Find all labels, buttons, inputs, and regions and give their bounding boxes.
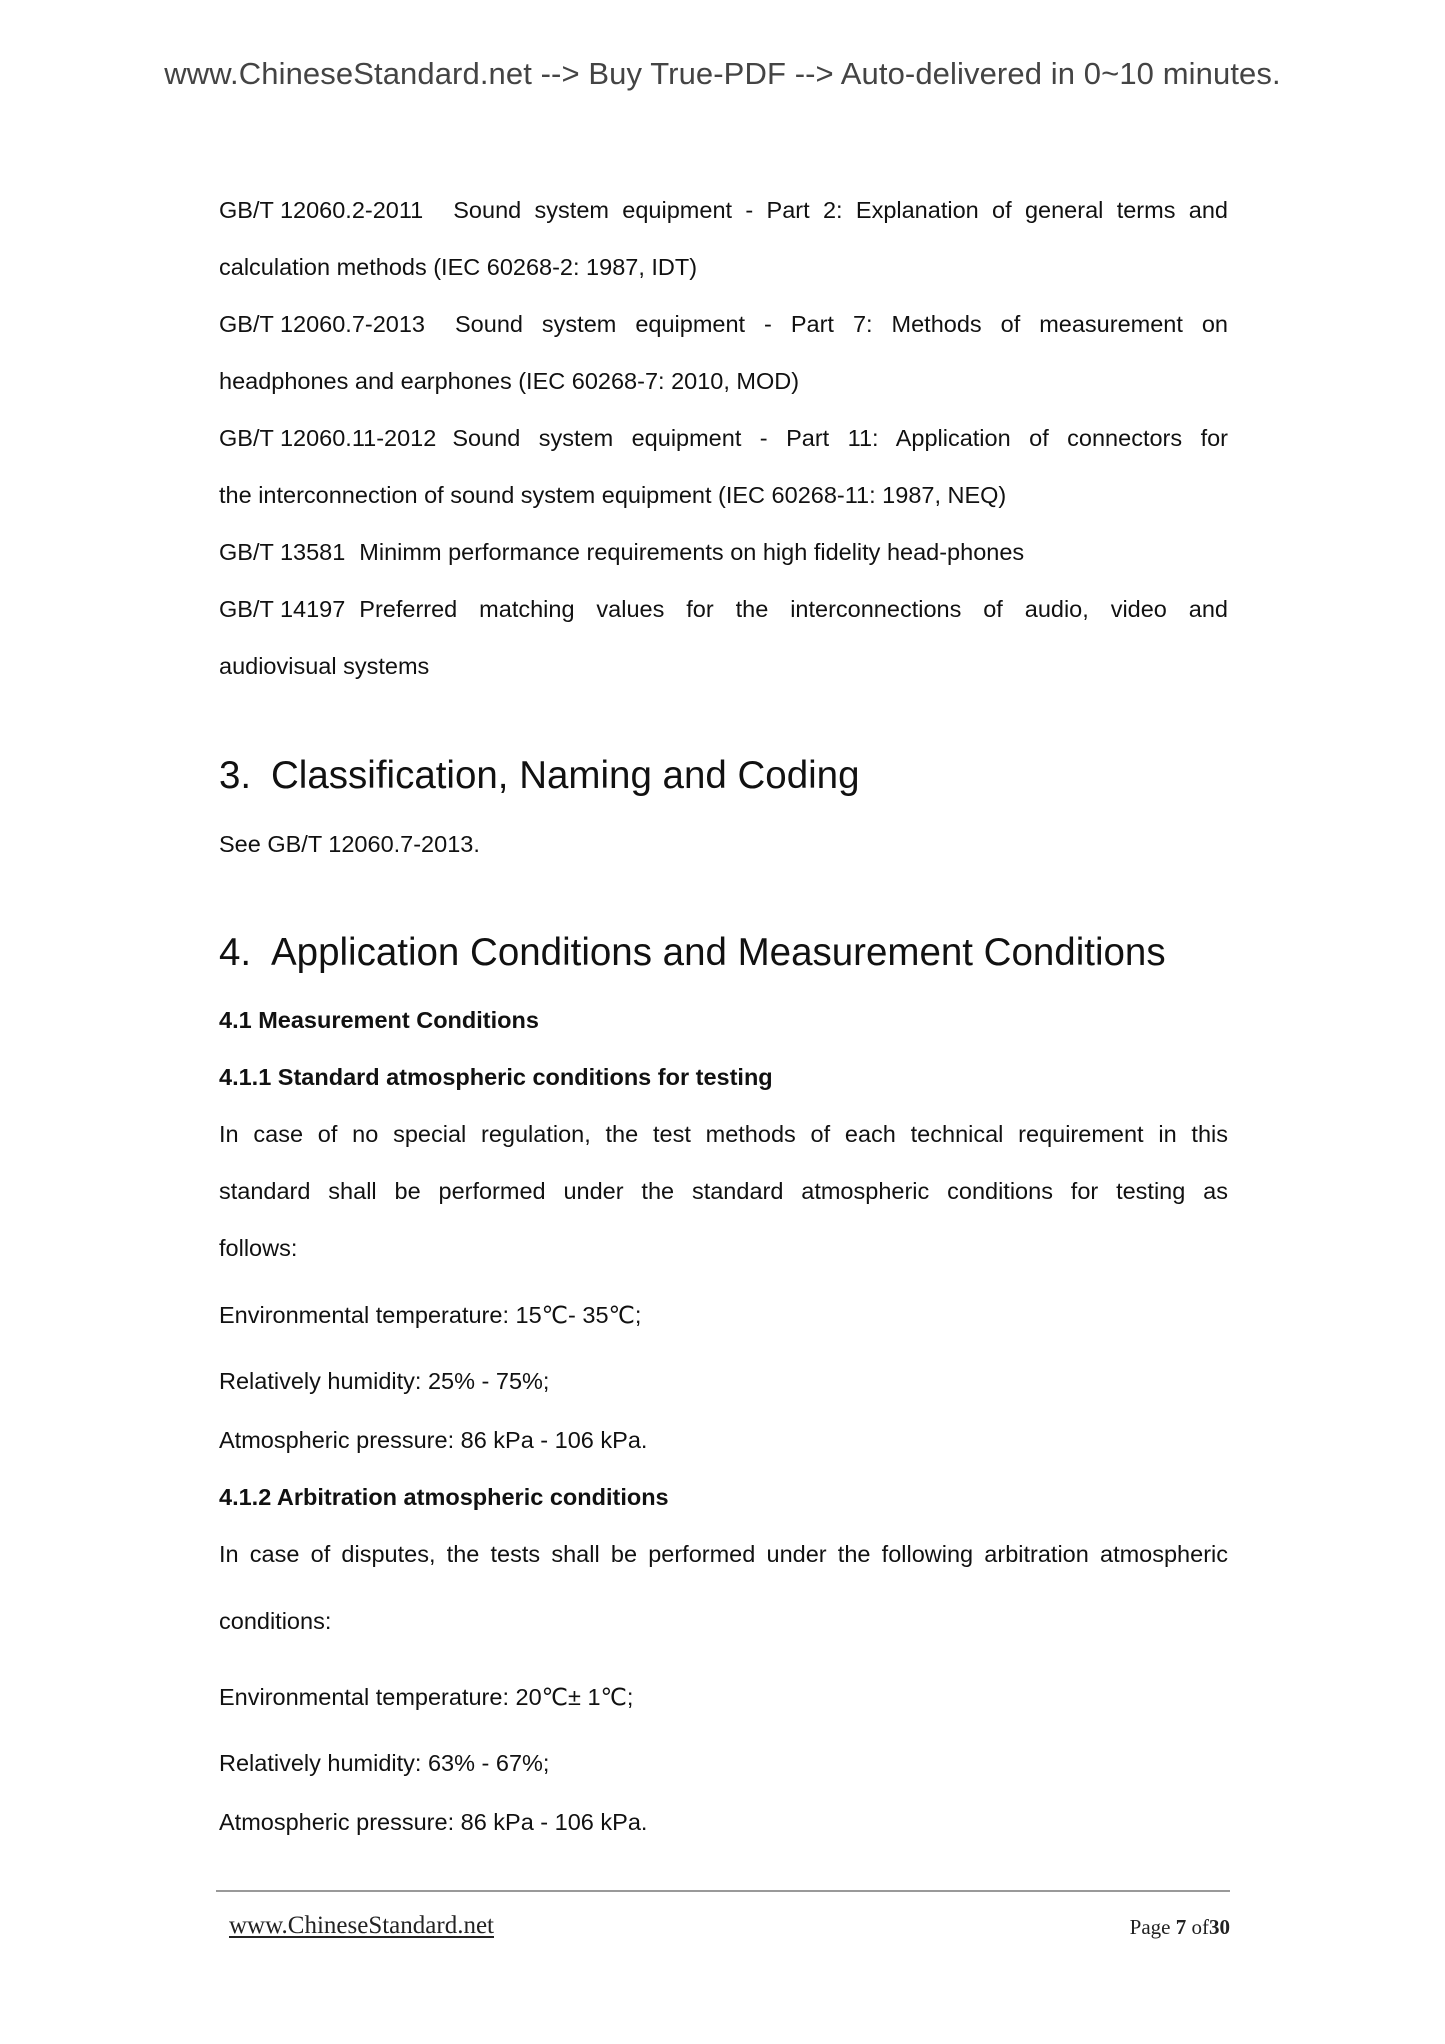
page-current: 7 (1176, 1915, 1187, 1939)
section-number: 3. (219, 754, 271, 798)
page-total: 30 (1209, 1915, 1230, 1939)
section-title: Classification, Naming and Coding (271, 754, 860, 797)
paragraph-line: In case of no special regulation, the te… (219, 1120, 1228, 1148)
page-of: of (1192, 1915, 1210, 1939)
reference-item: GB/T 12060.2-2011Sound system equipment … (219, 196, 1228, 224)
reference-title: Sound system equipment - Part 11: Applic… (452, 425, 1228, 451)
reference-title: Minimm performance requirements on high … (359, 539, 1024, 565)
reference-continuation: headphones and earphones (IEC 60268-7: 2… (219, 367, 799, 395)
condition-temperature: Environmental temperature: 15℃- 35℃; (219, 1301, 641, 1329)
subsection-4-1-1-heading: 4.1.1 Standard atmospheric conditions fo… (219, 1063, 773, 1091)
condition-pressure: Atmospheric pressure: 86 kPa - 106 kPa. (219, 1808, 647, 1836)
section-number: 4. (219, 931, 271, 975)
reference-title: Sound system equipment - Part 7: Methods… (455, 311, 1228, 337)
reference-code: GB/T 12060.2-2011 (219, 196, 423, 224)
section-3-body: See GB/T 12060.7-2013. (219, 830, 480, 858)
condition-humidity: Relatively humidity: 63% - 67%; (219, 1749, 549, 1777)
footer-divider (216, 1890, 1230, 1892)
paragraph-line: conditions: (219, 1607, 331, 1635)
section-3-heading: 3.Classification, Naming and Coding (219, 754, 860, 798)
reference-code: GB/T 12060.11-2012 (219, 424, 436, 452)
condition-pressure: Atmospheric pressure: 86 kPa - 106 kPa. (219, 1426, 647, 1454)
condition-temperature: Environmental temperature: 20℃± 1℃; (219, 1683, 633, 1711)
reference-code: GB/T 13581 (219, 538, 345, 566)
reference-code: GB/T 12060.7-2013 (219, 310, 425, 338)
footer-website-link[interactable]: www.ChineseStandard.net (229, 1912, 494, 1940)
page-number: Page 7 of30 (1130, 1915, 1230, 1940)
paragraph-line: In case of disputes, the tests shall be … (219, 1540, 1228, 1568)
reference-item: GB/T 14197Preferred matching values for … (219, 595, 1228, 623)
reference-continuation: calculation methods (IEC 60268-2: 1987, … (219, 253, 697, 281)
reference-item: GB/T 12060.7-2013Sound system equipment … (219, 310, 1228, 338)
subsection-4-1-heading: 4.1 Measurement Conditions (219, 1006, 539, 1034)
paragraph-line: standard shall be performed under the st… (219, 1177, 1228, 1205)
reference-continuation: audiovisual systems (219, 652, 429, 680)
page-label: Page (1130, 1915, 1171, 1939)
header-banner[interactable]: www.ChineseStandard.net --> Buy True-PDF… (0, 56, 1445, 92)
reference-item: GB/T 13581Minimm performance requirement… (219, 538, 1024, 566)
condition-humidity: Relatively humidity: 25% - 75%; (219, 1367, 549, 1395)
reference-title: Sound system equipment - Part 2: Explana… (453, 197, 1228, 223)
reference-continuation: the interconnection of sound system equi… (219, 481, 1006, 509)
section-title: Application Conditions and Measurement C… (271, 931, 1166, 974)
reference-item: GB/T 12060.11-2012Sound system equipment… (219, 424, 1228, 452)
subsection-4-1-2-heading: 4.1.2 Arbitration atmospheric conditions (219, 1483, 669, 1511)
paragraph-line: follows: (219, 1234, 297, 1262)
reference-code: GB/T 14197 (219, 595, 345, 623)
reference-title: Preferred matching values for the interc… (359, 596, 1228, 622)
section-4-heading: 4.Application Conditions and Measurement… (219, 931, 1166, 975)
